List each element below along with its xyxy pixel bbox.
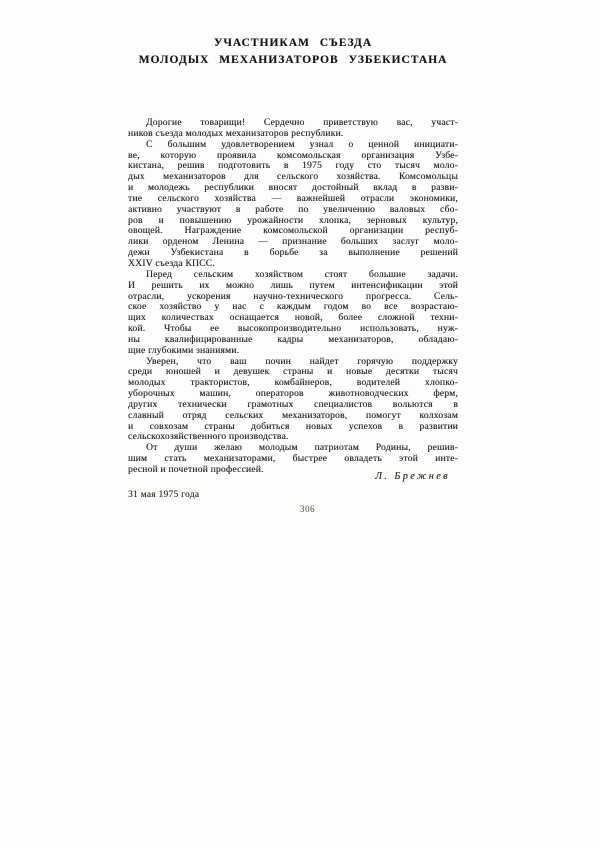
title-line-2: МОЛОДЫХ МЕХАНИЗАТОРОВ УЗБЕКИСТАНА <box>128 52 458 69</box>
paragraph: Перед сельским хозяйством стоят большие … <box>128 270 458 357</box>
text-line: С большим удовлетворением узнал о ценной… <box>128 140 458 151</box>
paragraph: Дорогие товарищи! Сердечно приветствую в… <box>128 118 458 140</box>
text-line: активно участвуют в работе по увеличению… <box>128 205 458 216</box>
signature: Л. Брежнев <box>128 471 450 482</box>
document-title: УЧАСТНИКАМ СЪЕЗДА МОЛОДЫХ МЕХАНИЗАТОРОВ … <box>128 35 458 69</box>
text-line: щие глубокими знаниями. <box>128 346 458 357</box>
paragraph: С большим удовлетворением узнал о ценной… <box>128 140 458 270</box>
text-line: славный отряд сельских механизаторов, по… <box>128 411 458 422</box>
body-text: Дорогие товарищи! Сердечно приветствую в… <box>128 118 458 476</box>
title-line-1: УЧАСТНИКАМ СЪЕЗДА <box>128 35 458 52</box>
text-line: И решить их можно лишь путем интенсифика… <box>128 281 458 292</box>
date-line: 31 мая 1975 года <box>128 490 199 500</box>
book-page: УЧАСТНИКАМ СЪЕЗДА МОЛОДЫХ МЕХАНИЗАТОРОВ … <box>0 0 600 849</box>
paragraph: Уверен, что ваш почин найдет горячую под… <box>128 357 458 444</box>
page-number: 306 <box>0 504 600 514</box>
